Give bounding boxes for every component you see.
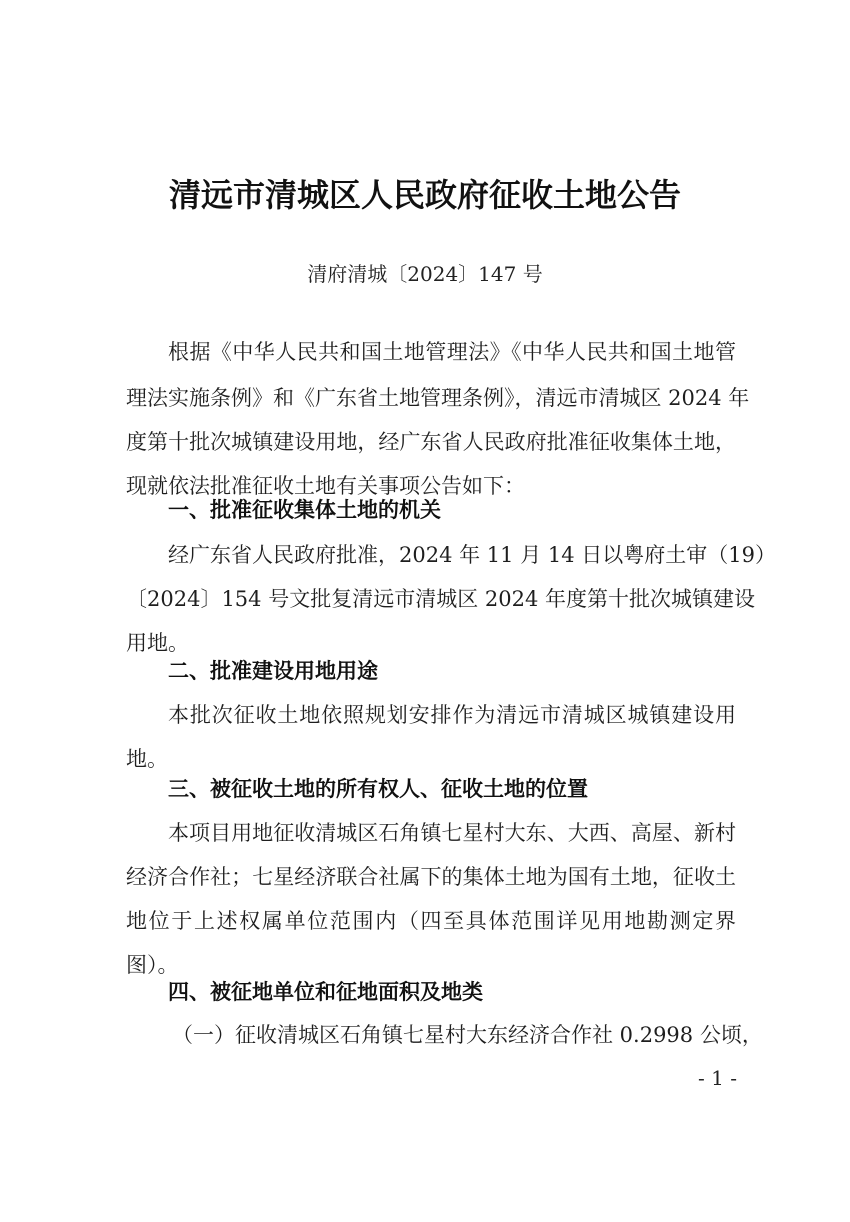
section-heading: 二、批准建设用地用途 bbox=[168, 657, 378, 685]
paragraph-line: 本批次征收土地依照规划安排作为清远市清城区城镇建设用 bbox=[168, 701, 736, 729]
paragraph-line: 〔2024〕154 号文批复清远市清城区 2024 年度第十批次城镇建设 bbox=[126, 585, 736, 613]
section-heading: 四、被征地单位和征地面积及地类 bbox=[168, 978, 483, 1006]
paragraph-line: 图）。 bbox=[126, 951, 736, 979]
paragraph-line: 本项目用地征收清城区石角镇七星村大东、大西、高屋、新村 bbox=[168, 819, 736, 847]
section-heading: 三、被征收土地的所有权人、征收土地的位置 bbox=[168, 775, 588, 803]
paragraph-line: 用地。 bbox=[126, 629, 736, 657]
document-page: 清远市清城区人民政府征收土地公告 清府清城〔2024〕147 号 根据《中华人民… bbox=[0, 0, 850, 1222]
paragraph-line: 地。 bbox=[126, 745, 736, 773]
section-heading: 一、批准征收集体土地的机关 bbox=[168, 496, 441, 524]
page-number: - 1 - bbox=[698, 1066, 737, 1090]
paragraph-line: 理法实施条例》和《广东省土地管理条例》，清远市清城区 2024 年 bbox=[126, 384, 736, 412]
paragraph-line: 经广东省人民政府批准，2024 年 11 月 14 日以粤府土审（19） bbox=[168, 541, 736, 569]
paragraph-line: 根据《中华人民共和国土地管理法》《中华人民共和国土地管 bbox=[168, 338, 736, 366]
paragraph-line: 经济合作社；七星经济联合社属下的集体土地为国有土地，征收土 bbox=[126, 863, 736, 891]
document-title: 清远市清城区人民政府征收土地公告 bbox=[0, 170, 850, 216]
paragraph-line: 度第十批次城镇建设用地，经广东省人民政府批准征收集体土地， bbox=[126, 428, 736, 456]
paragraph-line: 地位于上述权属单位范围内（四至具体范围详见用地勘测定界 bbox=[126, 907, 736, 935]
document-number: 清府清城〔2024〕147 号 bbox=[0, 258, 850, 287]
paragraph-line: （一）征收清城区石角镇七星村大东经济合作社 0.2998 公顷， bbox=[172, 1021, 736, 1049]
